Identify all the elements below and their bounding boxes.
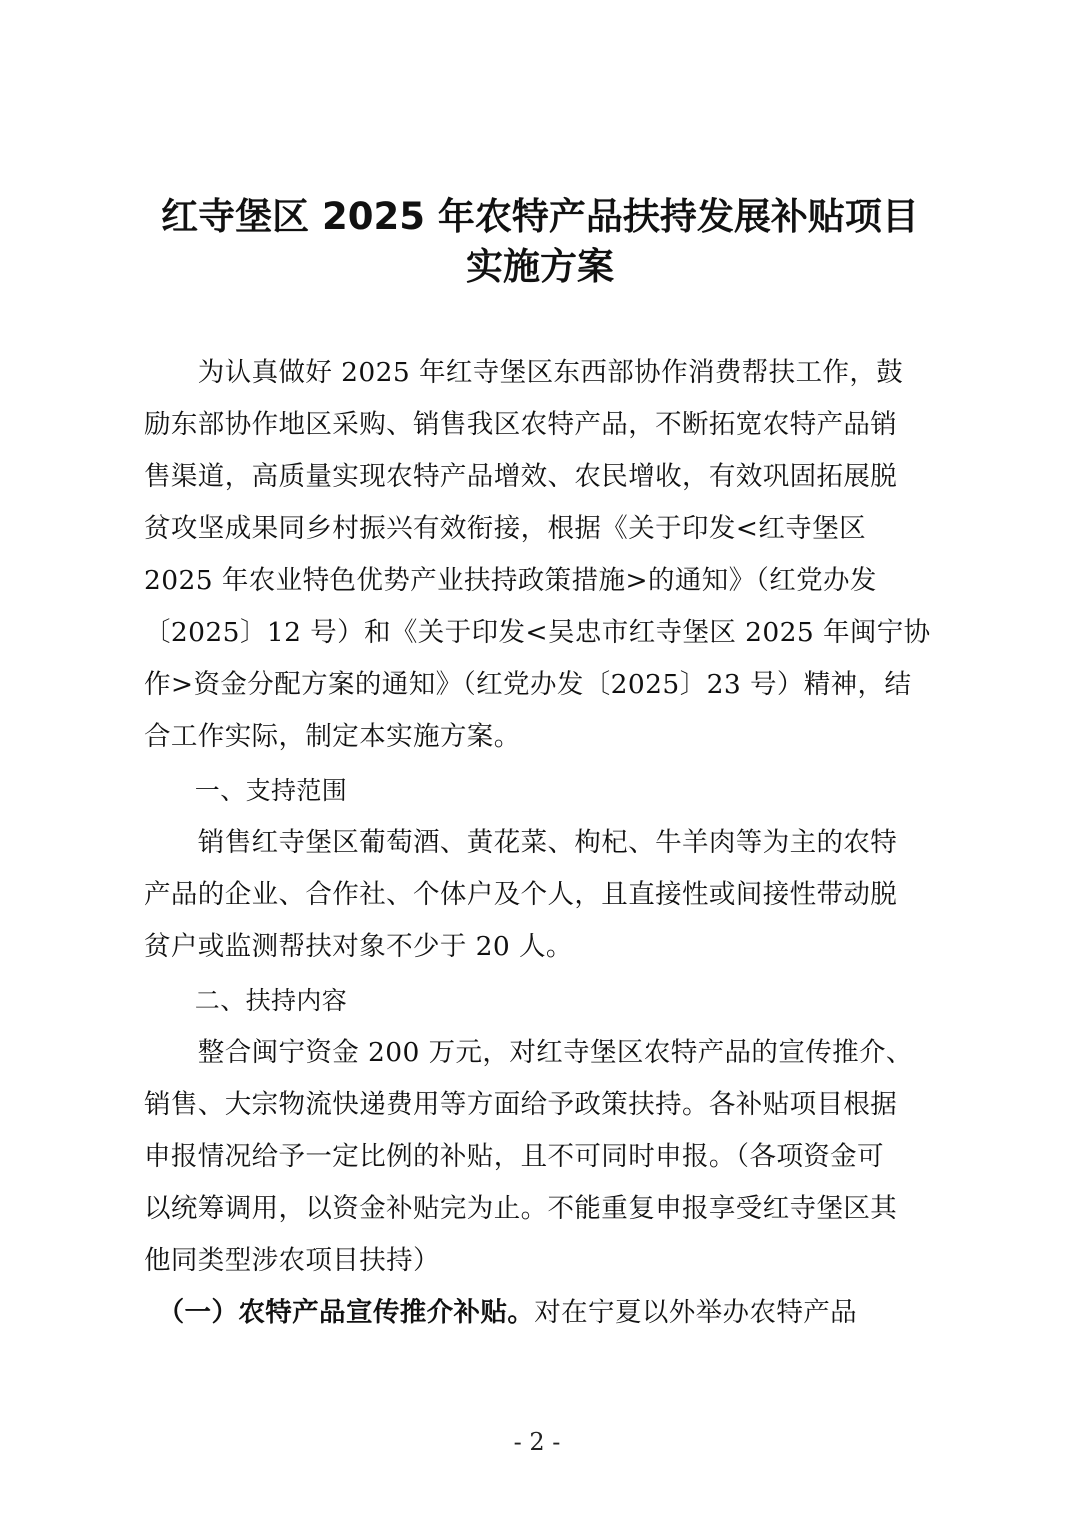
- body-line: 他同类型涉农项目扶持）: [144, 1246, 940, 1276]
- body-line: 整合闽宁资金 200 万元，对红寺堡区农特产品的宣传推介、: [144, 1038, 940, 1068]
- body-line: 贫户或监测帮扶对象不少于 20 人。: [144, 932, 940, 962]
- subsection-line: （一）农特产品宣传推介补贴。对在宁夏以外举办农特产品: [144, 1298, 940, 1328]
- body-line: 申报情况给予一定比例的补贴，且不可同时申报。（各项资金可: [144, 1142, 940, 1172]
- body-line: 为认真做好 2025 年红寺堡区东西部协作消费帮扶工作，鼓: [144, 358, 940, 388]
- body-line: 产品的企业、合作社、个体户及个人，且直接性或间接性带动脱: [144, 880, 940, 910]
- body-line: 2025 年农业特色优势产业扶持政策措施>的通知》（红党办发: [144, 566, 940, 596]
- body-line: 〔2025〕12 号）和《关于印发<吴忠市红寺堡区 2025 年闽宁协: [144, 618, 940, 648]
- page-number: - 2 -: [0, 1428, 1074, 1456]
- body-line: 励东部协作地区采购、销售我区农特产品，不断拓宽农特产品销: [144, 410, 940, 440]
- body-line: 销售、大宗物流快递费用等方面给予政策扶持。各补贴项目根据: [144, 1090, 940, 1120]
- body-line: 合工作实际，制定本实施方案。: [144, 722, 940, 752]
- body-line: 以统筹调用，以资金补贴完为止。不能重复申报享受红寺堡区其: [144, 1194, 940, 1224]
- body-line: 销售红寺堡区葡萄酒、黄花菜、枸杞、牛羊肉等为主的农特: [144, 828, 940, 858]
- body-line: 作>资金分配方案的通知》（红党办发〔2025〕23 号）精神，结: [144, 670, 940, 700]
- subsection-text: 对在宁夏以外举办农特产品: [534, 1297, 857, 1328]
- section-heading-1: 一、支持范围: [144, 776, 940, 806]
- section-heading-2: 二、扶持内容: [144, 986, 940, 1016]
- body-line: 贫攻坚成果同乡村振兴有效衔接，根据《关于印发<红寺堡区: [144, 514, 940, 544]
- subsection-heading-1: （一）农特产品宣传推介补贴。: [144, 1297, 534, 1328]
- document-page: 红寺堡区 2025 年农特产品扶持发展补贴项目 实施方案 为认真做好 2025 …: [0, 0, 1074, 1520]
- body-line: 售渠道，高质量实现农特产品增效、农民增收，有效巩固拓展脱: [144, 462, 940, 492]
- document-title-line-2: 实施方案: [140, 238, 940, 296]
